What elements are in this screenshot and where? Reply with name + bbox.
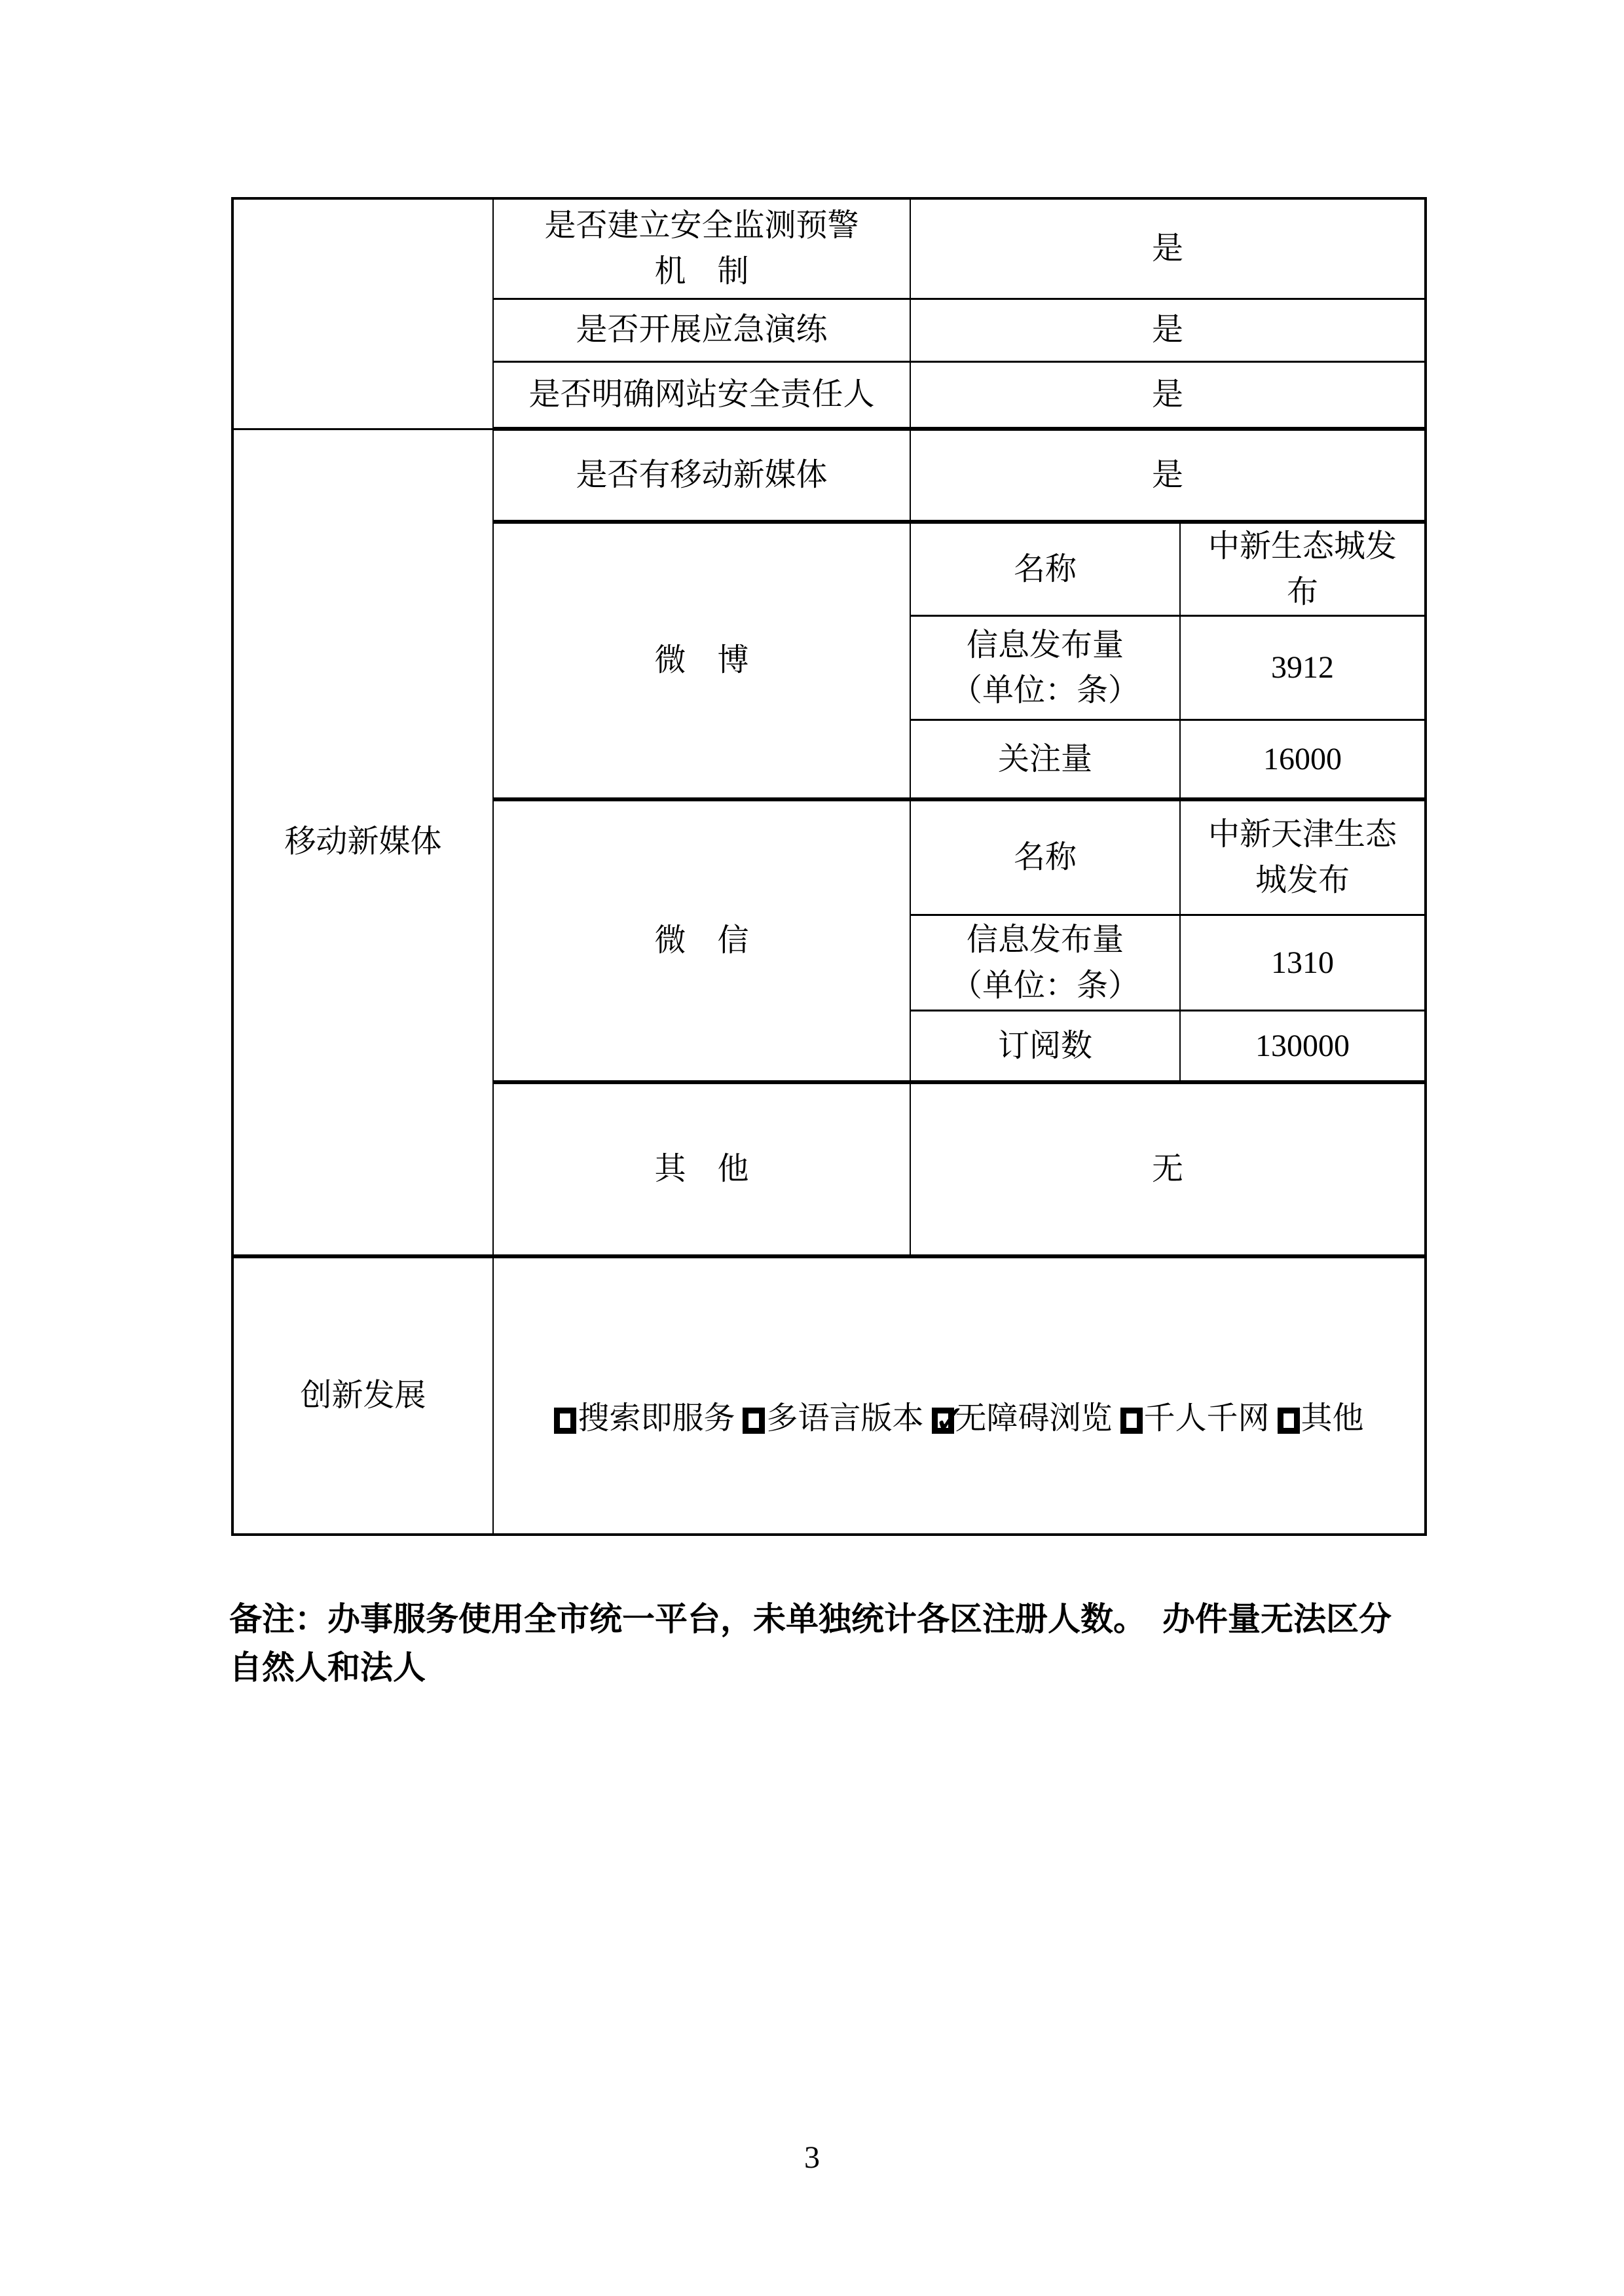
mobile-media-category-cell: 移动新媒体 — [232, 429, 493, 1256]
field-value-cell: 16000 — [1180, 720, 1426, 799]
annual-report-table: 是否建立安全监测预警 机 制 是 是否开展应急演练 是 是否明确网站安全责任人 … — [231, 197, 1427, 1536]
security-category-cell — [232, 198, 493, 429]
option-search-as-service: 搜索即服务 — [554, 1401, 735, 1436]
question-cell: 是否明确网站安全责任人 — [493, 361, 910, 429]
checkbox-checked-icon — [932, 1408, 954, 1434]
checkbox-icon — [1120, 1408, 1143, 1434]
field-value-cell: 1310 — [1180, 915, 1426, 1011]
field-label-cell: 订阅数 — [910, 1011, 1180, 1082]
field-value-cell: 中新生态城发 布 — [1180, 522, 1426, 616]
question-cell: 是否建立安全监测预警 机 制 — [493, 198, 910, 299]
table-row: 是否建立安全监测预警 机 制 是 — [232, 198, 1426, 299]
answer-cell: 是 — [910, 198, 1426, 299]
answer-cell: 是 — [910, 429, 1426, 522]
other-media-label-cell: 其 他 — [493, 1082, 910, 1256]
field-value-cell: 3912 — [1180, 616, 1426, 720]
checkbox-icon — [554, 1408, 576, 1434]
checkbox-icon — [743, 1408, 765, 1434]
option-personalized: 千人千网 — [1113, 1401, 1270, 1436]
remark-note: 备注：办事服务使用全市统一平台，未单独统计各区注册人数。 办件量无法区分 自然人… — [229, 1595, 1431, 1692]
option-accessibility: 无障碍浏览 — [924, 1401, 1113, 1436]
option-other: 其他 — [1270, 1401, 1364, 1436]
table-row: 移动新媒体 是否有移动新媒体 是 — [232, 429, 1426, 522]
field-label-cell: 名称 — [910, 522, 1180, 616]
field-label-cell: 名称 — [910, 799, 1180, 915]
weibo-label-cell: 微 博 — [493, 522, 910, 799]
option-label: 其他 — [1301, 1401, 1364, 1436]
page-number: 3 — [0, 2140, 1624, 2176]
field-value-cell: 130000 — [1180, 1011, 1426, 1082]
checkbox-icon — [1278, 1408, 1300, 1434]
field-value-cell: 中新天津生态 城发布 — [1180, 799, 1426, 915]
option-label: 搜索即服务 — [578, 1401, 735, 1436]
question-cell: 是否开展应急演练 — [493, 299, 910, 361]
document-page: 是否建立安全监测预警 机 制 是 是否开展应急演练 是 是否明确网站安全责任人 … — [0, 0, 1624, 2296]
table-row: 创新发展 搜索即服务多语言版本无障碍浏览千人千网其他 — [232, 1256, 1426, 1535]
field-label-cell: 关注量 — [910, 720, 1180, 799]
option-label: 无障碍浏览 — [955, 1401, 1113, 1436]
answer-cell: 是 — [910, 299, 1426, 361]
wechat-label-cell: 微 信 — [493, 799, 910, 1082]
question-cell: 是否有移动新媒体 — [493, 429, 910, 522]
field-label-cell: 信息发布量 （单位：条） — [910, 915, 1180, 1011]
option-label: 千人千网 — [1144, 1401, 1270, 1436]
field-label-cell: 信息发布量 （单位：条） — [910, 616, 1180, 720]
option-multilingual: 多语言版本 — [735, 1401, 923, 1436]
other-media-value-cell: 无 — [910, 1082, 1426, 1256]
innovation-options-cell: 搜索即服务多语言版本无障碍浏览千人千网其他 — [493, 1256, 1426, 1535]
innovation-category-cell: 创新发展 — [232, 1256, 493, 1535]
option-label: 多语言版本 — [766, 1401, 923, 1436]
answer-cell: 是 — [910, 361, 1426, 429]
